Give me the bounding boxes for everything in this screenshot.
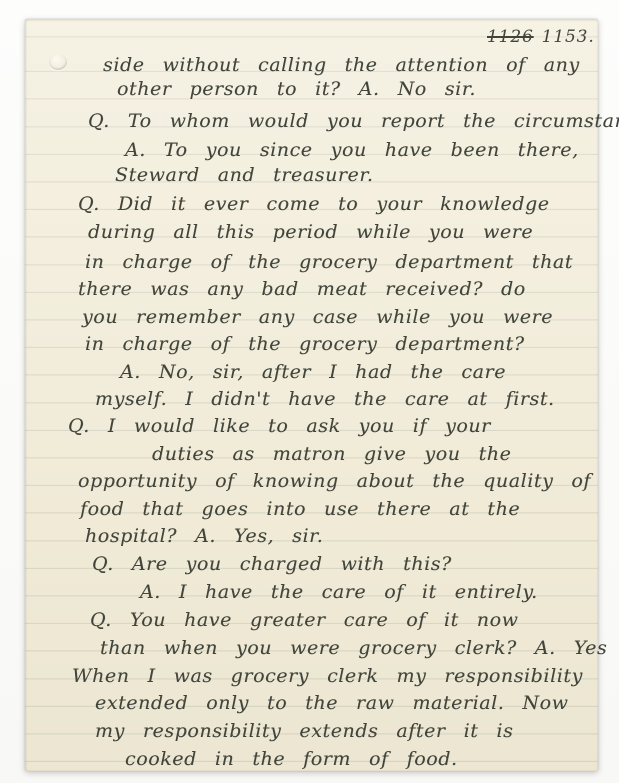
handwriting-line: When I was grocery clerk my responsibili… — [72, 666, 583, 686]
handwriting-line: duties as matron give you the — [152, 444, 511, 464]
handwriting-line: A. No, sir, after I had the care — [120, 362, 506, 382]
handwriting-line: Q. Did it ever come to your knowledge — [78, 194, 550, 214]
handwriting-line: in charge of the grocery department that — [85, 252, 573, 272]
handwriting-line: Q. To whom would you report the circumst… — [88, 111, 619, 131]
handwriting-line: you remember any case while you were — [82, 307, 553, 327]
handwriting-line: Q. I would like to ask you if your — [68, 416, 491, 436]
handwriting-line: hospital? A. Yes, sir. — [85, 526, 323, 546]
handwriting-line: my responsibility extends after it is — [95, 721, 513, 741]
scan-background: 11261153. side without calling the atten… — [0, 0, 619, 783]
page-number: 11261153. — [487, 27, 595, 47]
handwriting-line: A. To you since you have been there, — [125, 140, 579, 160]
handwriting-line: there was any bad meat received? do — [78, 279, 526, 299]
handwriting-line: cooked in the form of food. — [125, 749, 458, 769]
handwriting-line: extended only to the raw material. Now — [95, 693, 568, 713]
handwriting-line: other person to it? A. No sir. — [117, 79, 476, 99]
handwriting-line: Q. Are you charged with this? — [92, 554, 452, 574]
scanned-page: 11261153. side without calling the atten… — [25, 19, 598, 771]
handwriting-line: food that goes into use there at the — [80, 499, 520, 519]
handwriting-line: than when you were grocery clerk? A. Yes… — [100, 638, 619, 658]
punch-hole — [49, 54, 67, 70]
handwriting-line: Steward and treasurer. — [115, 165, 374, 185]
handwriting-line: opportunity of knowing about the quality… — [78, 471, 591, 491]
handwriting-line: side without calling the attention of an… — [103, 55, 580, 75]
page-number-old: 1126 — [487, 27, 534, 47]
handwriting-line: Q. You have greater care of it now — [90, 610, 518, 630]
handwriting-line: A. I have the care of it entirely. — [140, 582, 538, 602]
page-number-current: 1153. — [542, 27, 595, 47]
handwriting-line: during all this period while you were — [88, 222, 533, 242]
handwriting-line: in charge of the grocery department? — [85, 334, 525, 354]
handwriting-line: myself. I didn't have the care at first. — [95, 389, 555, 409]
